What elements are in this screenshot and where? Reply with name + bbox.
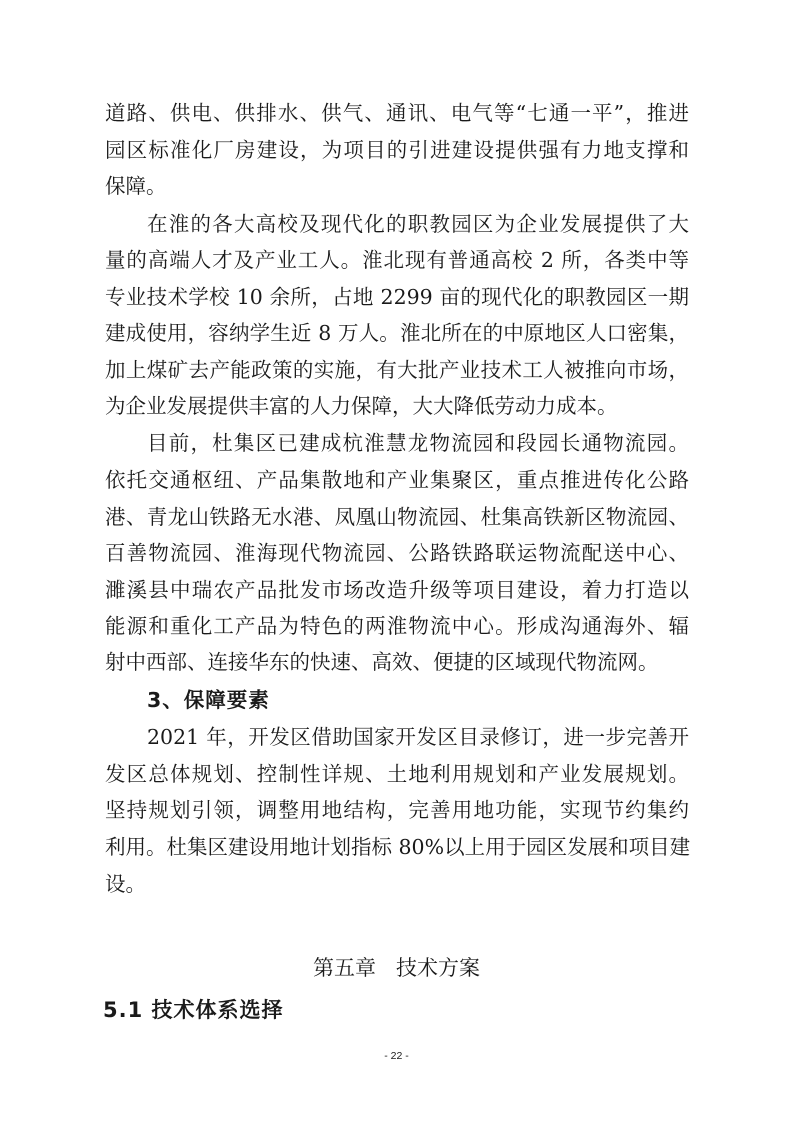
paragraph-2-line-1: 在淮的各大高校及现代化的职教园区为企业发展提供了大: [147, 209, 689, 239]
paragraph-2-line-3: 专业技术学校 10 余所，占地 2299 亩的现代化的职教园区一期: [105, 282, 689, 312]
chapter-title: 第五章技术方案: [0, 953, 793, 983]
document-page: 道路、供电、供排水、供气、通讯、电气等“七通一平”，推进 园区标准化厂房建设，为…: [0, 0, 793, 1122]
paragraph-4-line-5: 设。: [105, 869, 689, 899]
chapter-number: 第五章: [313, 956, 376, 980]
paragraph-3-line-6: 能源和重化工产品为特色的两淮物流中心。形成沟通海外、辐: [105, 611, 689, 641]
paragraph-2-line-2: 量的高端人才及产业工人。淮北现有普通高校 2 所，各类中等: [105, 245, 689, 275]
paragraph-3-line-2: 依托交通枢纽、产品集散地和产业集聚区，重点推进传化公路: [105, 465, 689, 495]
paragraph-2-line-6: 为企业发展提供丰富的人力保障，大大降低劳动力成本。: [105, 391, 689, 421]
paragraph-3-line-1: 目前，杜集区已建成杭淮慧龙物流园和段园长通物流园。: [147, 428, 689, 458]
chapter-name: 技术方案: [396, 956, 480, 980]
paragraph-2-line-4: 建成使用，容纳学生近 8 万人。淮北所在的中原地区人口密集，: [105, 318, 689, 348]
subheading-guarantee-factors: 3、保障要素: [147, 685, 270, 715]
paragraph-2-line-5: 加上煤矿去产能政策的实施，有大批产业技术工人被推向市场，: [105, 355, 689, 385]
section-heading: 5.1 技术体系选择: [103, 995, 284, 1025]
paragraph-1-line-2: 园区标准化厂房建设，为项目的引进建设提供强有力地支撑和: [105, 135, 689, 165]
paragraph-1-line-1: 道路、供电、供排水、供气、通讯、电气等“七通一平”，推进: [105, 98, 689, 128]
paragraph-3-line-5: 濉溪县中瑞农产品批发市场改造升级等项目建设，着力打造以: [105, 575, 689, 605]
page-number: - 22 -: [0, 1049, 793, 1063]
paragraph-4-line-1: 2021 年，开发区借助国家开发区目录修订，进一步完善开: [147, 722, 689, 752]
paragraph-4-line-2: 发区总体规划、控制性详规、土地利用规划和产业发展规划。: [105, 759, 689, 789]
paragraph-4-line-3: 坚持规划引领，调整用地结构，完善用地功能，实现节约集约: [105, 795, 689, 825]
paragraph-3-line-4: 百善物流园、淮海现代物流园、公路铁路联运物流配送中心、: [105, 538, 689, 568]
paragraph-3-line-7: 射中西部、连接华东的快速、高效、便捷的区域现代物流网。: [105, 647, 689, 677]
paragraph-4-line-4: 利用。杜集区建设用地计划指标 80%以上用于园区发展和项目建: [105, 832, 689, 862]
paragraph-3-line-3: 港、青龙山铁路无水港、凤凰山物流园、杜集高铁新区物流园、: [105, 502, 689, 532]
paragraph-1-line-3: 保障。: [105, 171, 689, 201]
